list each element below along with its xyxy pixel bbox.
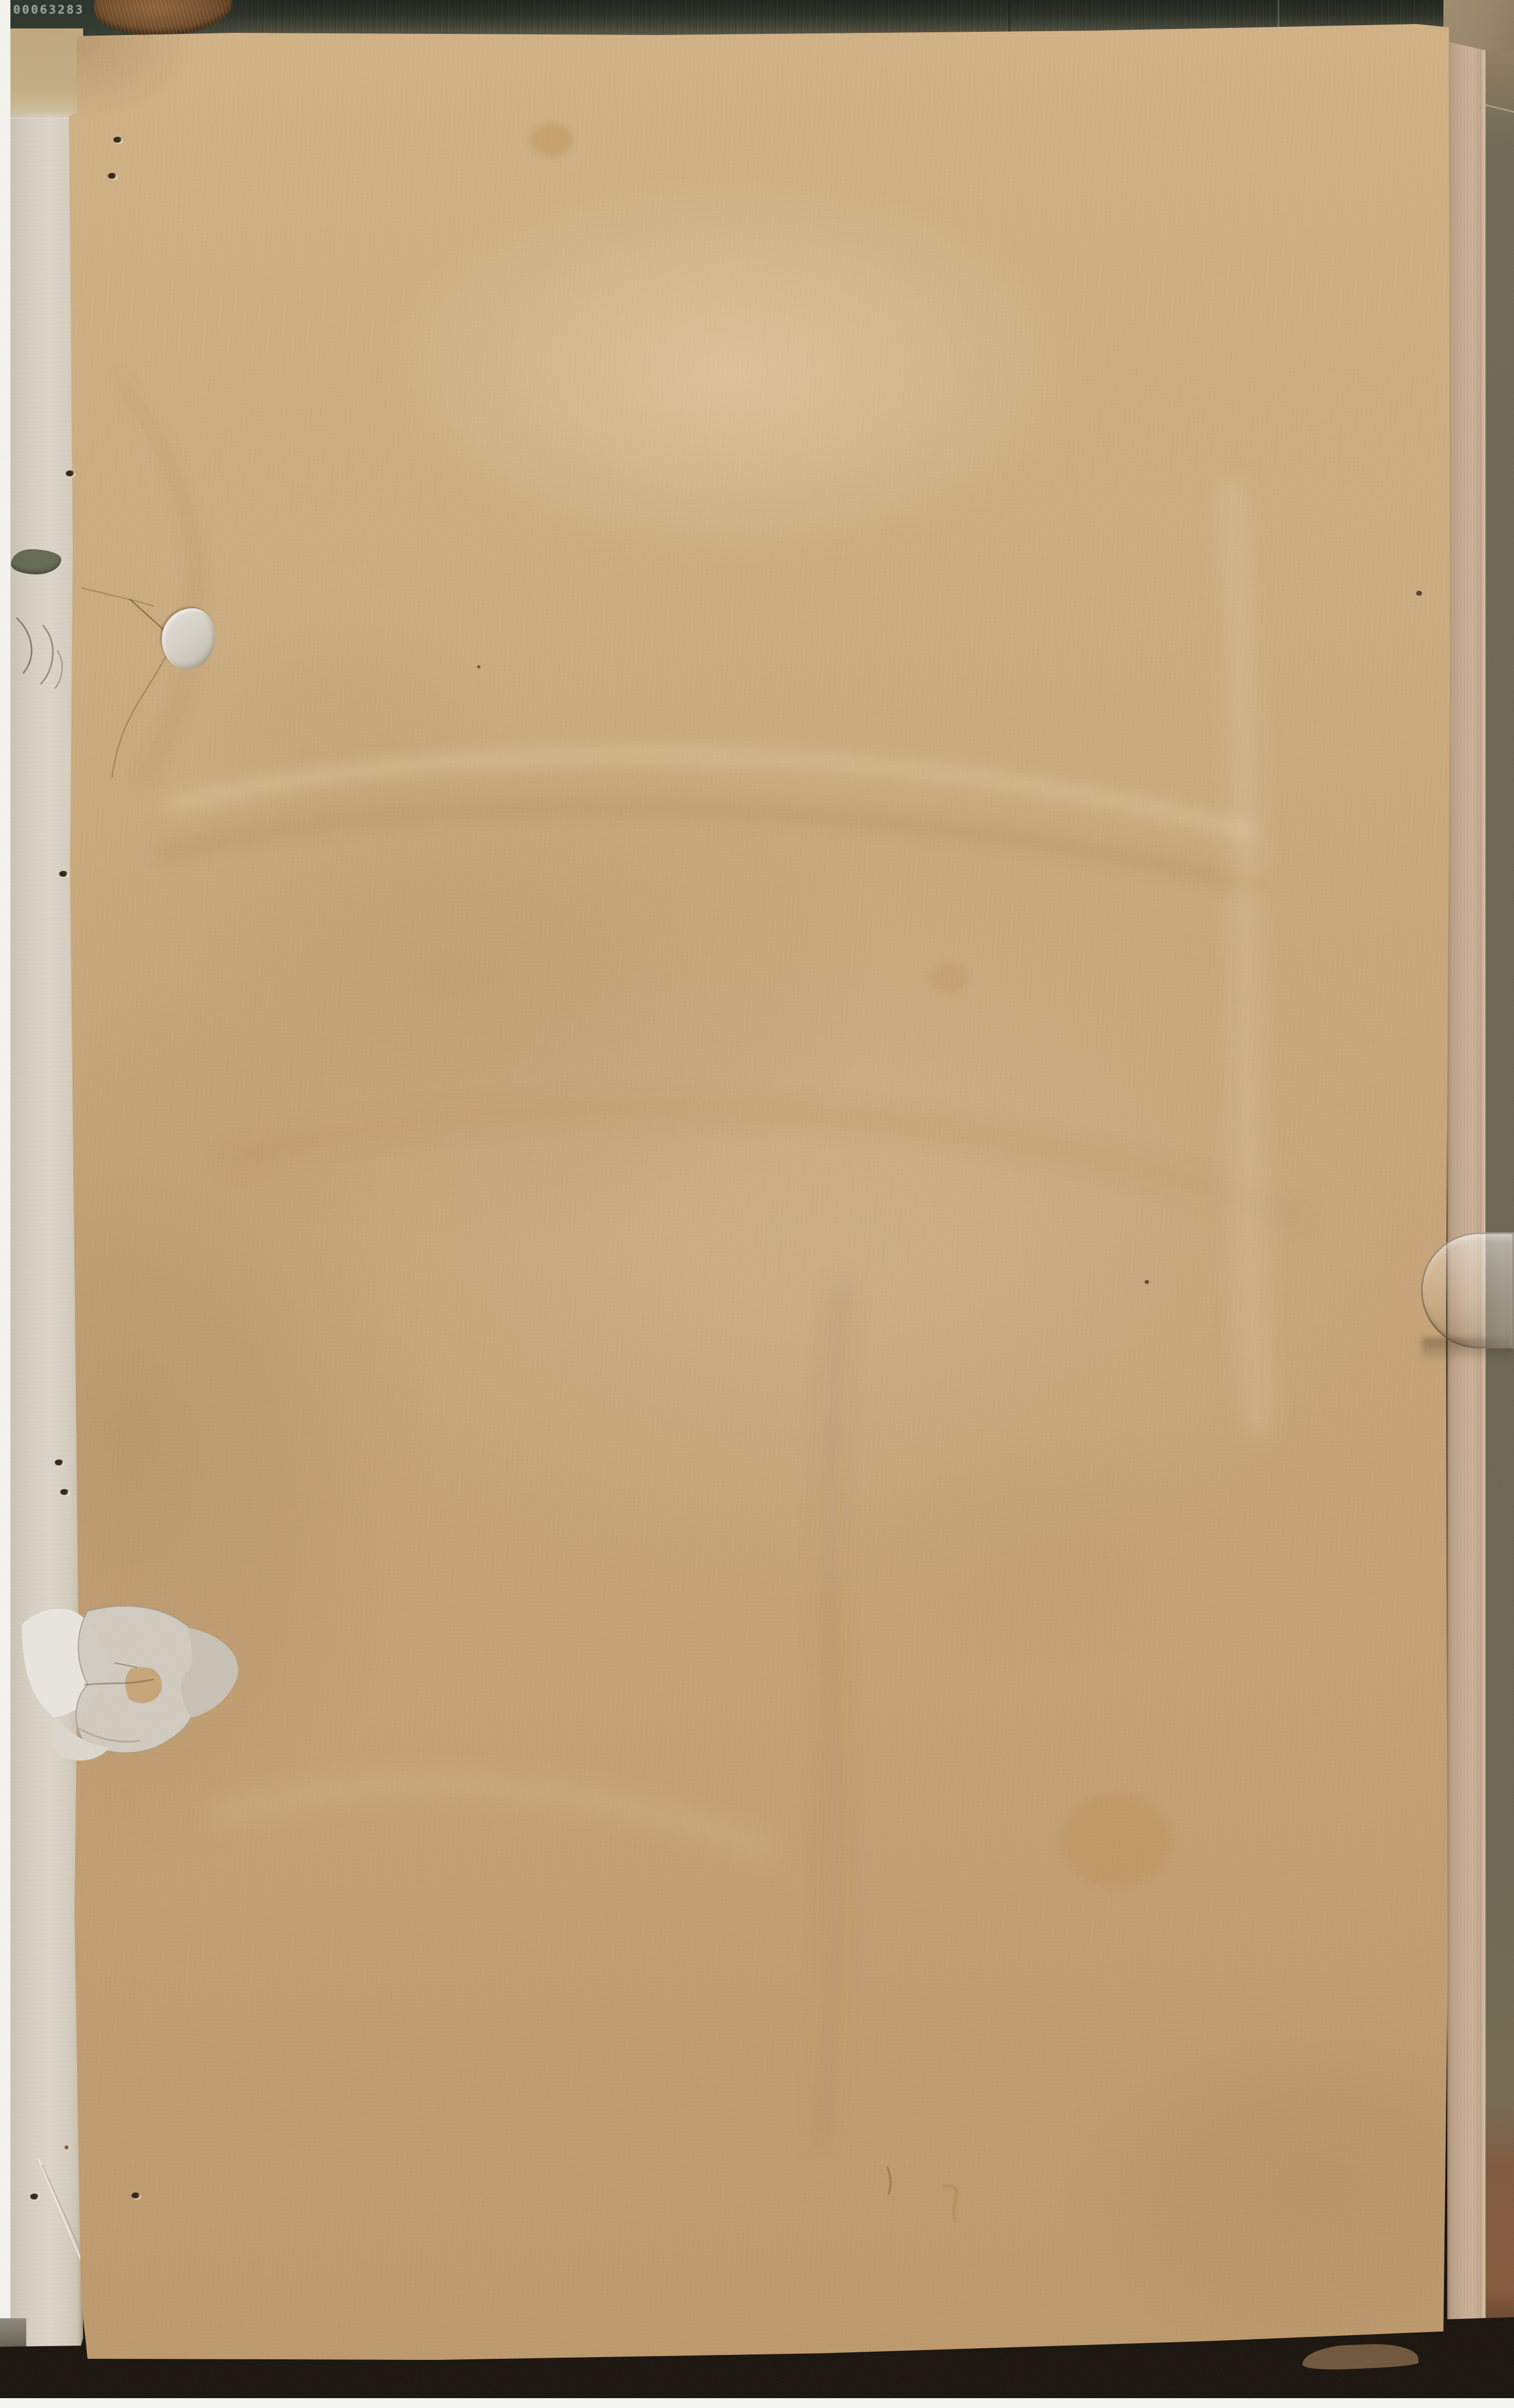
red-speck bbox=[65, 2145, 68, 2149]
binding-hole bbox=[113, 137, 122, 143]
right-cover-edge bbox=[1483, 0, 1514, 2408]
page-block-edge bbox=[1447, 33, 1486, 2342]
leaf-edge-streaks bbox=[1447, 33, 1486, 2342]
cover-corner-patch bbox=[1443, 0, 1514, 50]
blank-page bbox=[65, 21, 1453, 2362]
foxing-stain bbox=[530, 123, 573, 157]
binding-hole bbox=[66, 470, 74, 476]
binding-hole bbox=[131, 2192, 140, 2198]
foxing-stain bbox=[930, 963, 968, 992]
watermark-text: 00063283 bbox=[13, 3, 84, 17]
dark-speck bbox=[477, 665, 480, 668]
binding-hole bbox=[59, 871, 68, 877]
binding-hole bbox=[55, 1459, 63, 1465]
scan-margin-left bbox=[0, 0, 10, 2408]
book-scan-root: 00063283 bbox=[0, 0, 1514, 2408]
scan-margin-bottom bbox=[0, 2398, 1514, 2408]
dark-speck bbox=[1416, 591, 1422, 596]
crease-shading bbox=[65, 21, 1453, 2362]
torn-patch-large bbox=[22, 1603, 257, 1783]
foxing-stain bbox=[1061, 1794, 1171, 1887]
binding-hole bbox=[30, 2194, 39, 2200]
dark-speck bbox=[1145, 1280, 1149, 1284]
binding-hole bbox=[108, 173, 117, 179]
binding-hole bbox=[60, 1489, 69, 1495]
